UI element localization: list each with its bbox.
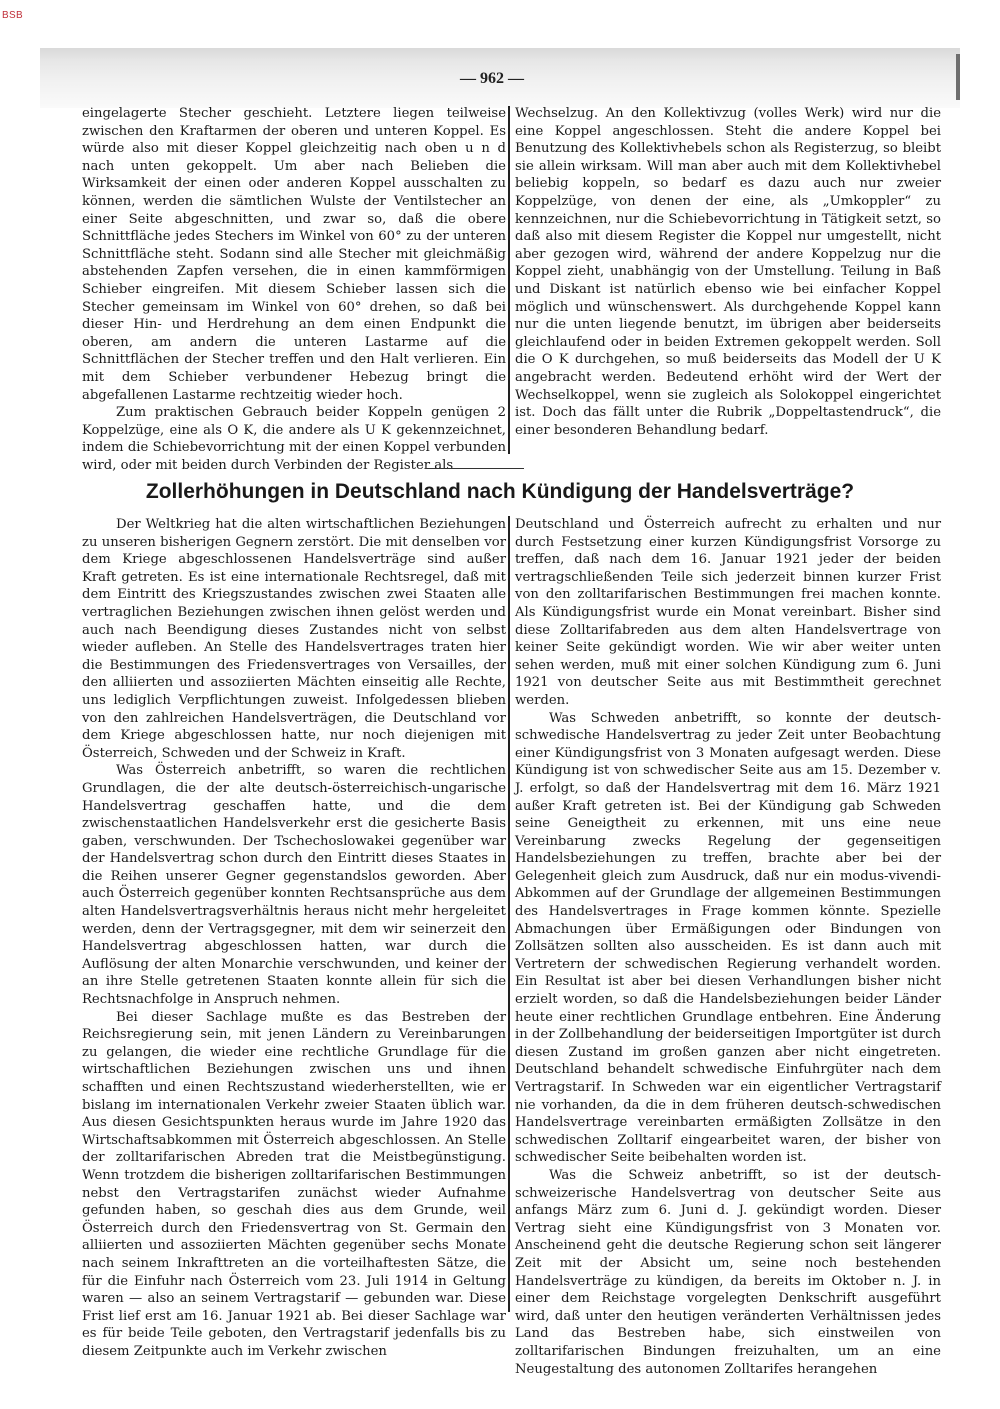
column-rule — [508, 516, 510, 1312]
top-right-column: Wechselzug. An den Kollektivzug (volles … — [515, 105, 941, 439]
article-left-column: Der Weltkrieg hat die alten wirtschaftli… — [82, 516, 506, 1361]
paragraph: Was Österreich anbetrifft, so waren die … — [82, 762, 506, 1008]
top-left-column: eingelagerte Stecher geschieht. Letztere… — [82, 105, 506, 474]
page-number: — 962 — — [460, 70, 524, 88]
column-rule — [508, 106, 510, 454]
paragraph: Zum praktischen Gebrauch beider Koppeln … — [82, 404, 506, 474]
paragraph: Bei dieser Sachlage mußte es das Bestreb… — [82, 1009, 506, 1361]
section-divider — [426, 468, 524, 469]
paragraph: Was Schweden anbetrifft, so konnte der d… — [515, 710, 941, 1167]
paragraph: eingelagerte Stecher geschieht. Letztere… — [82, 105, 506, 404]
article-right-column: Deutschland und Österreich aufrecht zu e… — [515, 516, 941, 1378]
article-headline: Zollerhöhungen in Deutschland nach Kündi… — [0, 480, 1000, 504]
scan-edge — [956, 54, 960, 100]
paragraph: Der Weltkrieg hat die alten wirtschaftli… — [82, 516, 506, 762]
paragraph: Deutschland und Österreich aufrecht zu e… — [515, 516, 941, 710]
paragraph: Was die Schweiz anbetrifft, so ist der d… — [515, 1167, 941, 1378]
paragraph: Wechselzug. An den Kollektivzug (volles … — [515, 105, 941, 439]
library-watermark: BSB — [2, 10, 23, 21]
